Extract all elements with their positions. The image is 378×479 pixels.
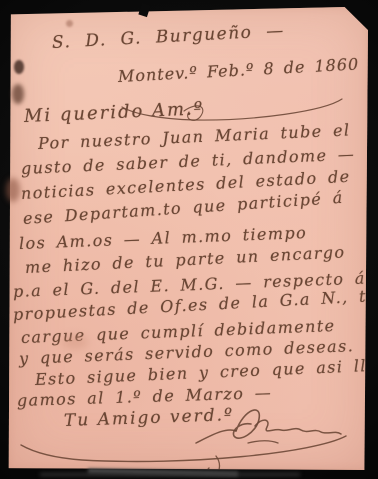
letter-paper: S. D. G. Burgueño — Montev.º Feb.º 8 de …: [8, 7, 368, 470]
foxing-spot: [14, 60, 24, 74]
signature-scrawl: [255, 420, 341, 434]
scanned-letter-photo: S. D. G. Burgueño — Montev.º Feb.º 8 de …: [0, 0, 378, 479]
dateline: Montev.º Feb.º 8 de 1860 —: [118, 53, 378, 86]
smudge-stain: [62, 335, 88, 349]
closing-line: Tu Amigo verd.º: [64, 405, 235, 431]
signature-hook: [206, 456, 220, 470]
scan-background-streak: [40, 473, 300, 476]
signature-capital-loop: [233, 410, 259, 438]
signature-middle-dash: [248, 441, 278, 443]
foxing-spot: [66, 20, 73, 27]
recipient-line: S. D. G. Burgueño —: [51, 21, 285, 53]
salutation: Mi querido Am.º: [24, 98, 205, 127]
signature-underline-sweep: [21, 436, 346, 461]
foxing-spot: [6, 178, 20, 202]
signature-lead-stroke: [196, 430, 236, 443]
foxing-spot: [12, 84, 24, 104]
